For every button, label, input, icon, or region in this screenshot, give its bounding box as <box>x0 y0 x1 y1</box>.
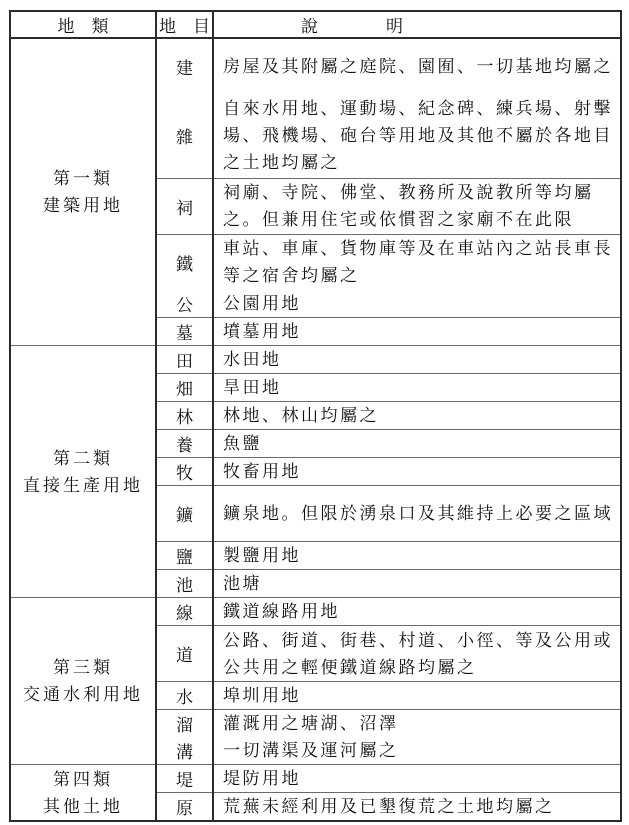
type-code-cell: 養 <box>156 430 213 458</box>
description-cell: 林地、林山均屬之 <box>213 402 621 430</box>
description-cell: 水田地 <box>213 346 621 374</box>
type-code-cell: 公 <box>156 290 213 318</box>
description-cell: 池塘 <box>213 570 621 598</box>
description-cell: 公園用地 <box>213 290 621 318</box>
description-cell: 製鹽用地 <box>213 542 621 570</box>
header-type: 地 目 <box>156 11 213 38</box>
category-name: 第四類 <box>11 766 155 793</box>
type-code-cell: 鐵 <box>156 234 213 290</box>
type-code-cell: 鹽 <box>156 542 213 570</box>
description-cell: 房屋及其附屬之庭院、園囿、一切基地均屬之 <box>213 38 621 94</box>
type-code-cell: 雜 <box>156 94 213 178</box>
category-cell: 第三類 交通水利用地 <box>10 598 156 765</box>
type-code-cell: 墓 <box>156 318 213 346</box>
description-cell: 荒蕪未經利用及已墾復荒之土地均屬之 <box>213 793 621 822</box>
type-code-cell: 池 <box>156 570 213 598</box>
description-cell: 自來水用地、運動場、紀念碑、練兵場、射擊場、飛機場、砲台等用地及其他不屬於各地目… <box>213 94 621 178</box>
description-cell: 旱田地 <box>213 374 621 402</box>
type-code-cell: 建 <box>156 38 213 94</box>
description-cell: 公路、街道、街巷、村道、小徑、等及公用或公共用之輕便鐵道線路均屬之 <box>213 626 621 682</box>
description-cell: 魚鹽 <box>213 430 621 458</box>
description-cell: 灌溉用之塘湖、沼澤 <box>213 710 621 738</box>
category-name: 第三類 <box>11 654 155 681</box>
type-code-cell: 道 <box>156 626 213 682</box>
category-cell: 第四類 其他土地 <box>10 765 156 822</box>
header-description: 說 明 <box>213 11 621 38</box>
description-cell: 鑛泉地。但限於湧泉口及其維持上必要之區域 <box>213 486 621 542</box>
type-code-cell: 祠 <box>156 178 213 234</box>
category-subname: 交通水利用地 <box>11 681 155 708</box>
type-code-cell: 原 <box>156 793 213 822</box>
description-cell: 埠圳用地 <box>213 682 621 710</box>
header-row: 地 類 地 目 說 明 <box>10 11 621 38</box>
table-row: 第四類 其他土地 堤 堤防用地 <box>10 765 621 793</box>
type-code-cell: 堤 <box>156 765 213 793</box>
type-code-cell: 溜 <box>156 710 213 738</box>
description-cell: 墳墓用地 <box>213 318 621 346</box>
category-name: 第二類 <box>11 445 155 472</box>
type-code-cell: 水 <box>156 682 213 710</box>
type-code-cell: 線 <box>156 598 213 626</box>
category-cell: 第二類 直接生產用地 <box>10 346 156 598</box>
type-code-cell: 溝 <box>156 737 213 765</box>
category-subname: 其他土地 <box>11 793 155 820</box>
category-name: 第一類 <box>11 165 155 192</box>
category-subname: 建築用地 <box>11 192 155 219</box>
land-classification-table: 地 類 地 目 說 明 第一類 建築用地 建 房屋及其附屬之庭院、園囿、一切基地… <box>9 10 622 822</box>
header-category: 地 類 <box>10 11 156 38</box>
description-cell: 祠廟、寺院、佛堂、教務所及說教所等均屬之。但兼用住宅或依慣習之家廟不在此限 <box>213 178 621 234</box>
description-cell: 牧畜用地 <box>213 458 621 486</box>
type-code-cell: 鑛 <box>156 486 213 542</box>
table-row: 第一類 建築用地 建 房屋及其附屬之庭院、園囿、一切基地均屬之 <box>10 38 621 94</box>
type-code-cell: 牧 <box>156 458 213 486</box>
description-cell: 車站、車庫、貨物庫等及在車站內之站長車長等之宿舍均屬之 <box>213 234 621 290</box>
table-row: 第二類 直接生產用地 田 水田地 <box>10 346 621 374</box>
category-subname: 直接生產用地 <box>11 472 155 499</box>
description-cell: 鐵道線路用地 <box>213 598 621 626</box>
type-code-cell: 田 <box>156 346 213 374</box>
description-cell: 一切溝渠及運河屬之 <box>213 737 621 765</box>
table-row: 第三類 交通水利用地 線 鐵道線路用地 <box>10 598 621 626</box>
category-cell: 第一類 建築用地 <box>10 38 156 346</box>
description-cell: 堤防用地 <box>213 765 621 793</box>
type-code-cell: 林 <box>156 402 213 430</box>
type-code-cell: 畑 <box>156 374 213 402</box>
